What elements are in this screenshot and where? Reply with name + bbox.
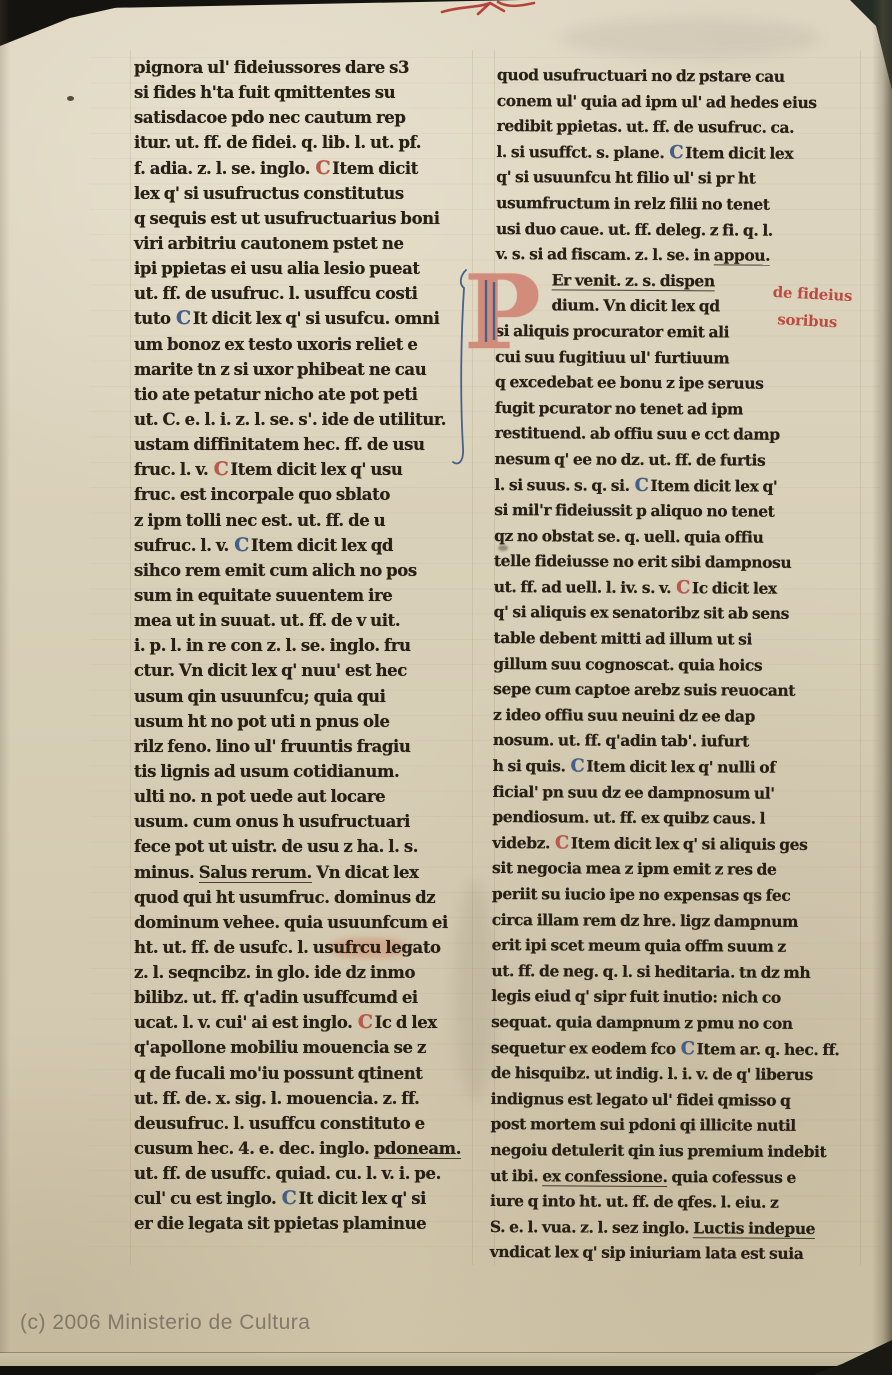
manuscript-line: nesum q' ee no dz. ut. ff. de furtis bbox=[494, 446, 864, 474]
manuscript-line: f. adia. z. l. se. inglo. CItem dicit bbox=[134, 156, 479, 181]
red-pilcrow: C bbox=[554, 832, 571, 853]
manuscript-line: pignora ul' fideiussores dare s3 bbox=[134, 55, 479, 80]
manuscript-line: periit su iucio ipe no expensas qs fec bbox=[492, 881, 862, 909]
blue-pilcrow: C bbox=[281, 1187, 299, 1209]
red-pilcrow: C bbox=[314, 157, 332, 179]
blue-pen-flourish bbox=[450, 266, 510, 501]
manuscript-line: deusufruc. l. usuffcu constituto e bbox=[134, 1111, 479, 1136]
manuscript-line: qz no obstat se. q. uell. quia offiu bbox=[494, 523, 864, 551]
manuscript-line: q' si aliquis ex senatoribz sit ab sens bbox=[494, 599, 864, 627]
manuscript-line: q excedebat ee bonu z ipe seruus bbox=[495, 369, 865, 397]
manuscript-line: mea ut in suuat. ut. ff. de v uit. bbox=[134, 608, 479, 633]
manuscript-line: tio ate petatur nicho ate pot peti bbox=[134, 382, 479, 407]
right-text-column: quod usufructuari no dz pstare cauconem … bbox=[490, 62, 867, 1267]
manuscript-line: sit negocia mea z ipm emit z res de bbox=[492, 855, 862, 883]
manuscript-line: q'apollone mobiliu mouencia se z bbox=[134, 1035, 479, 1060]
manuscript-line: redibit ppietas. ut. ff. de usufruc. ca. bbox=[497, 113, 867, 141]
blue-pilcrow: C bbox=[175, 307, 193, 329]
manuscript-line: bilibz. ut. ff. q'adin usuffcumd ei bbox=[134, 985, 479, 1010]
manuscript-line: telle fideiusse no erit sibi dampnosu bbox=[494, 548, 864, 576]
manuscript-line: z ipm tolli nec est. ut. ff. de u bbox=[134, 508, 479, 533]
manuscript-line: ficial' pn suu dz ee dampnosum ul' bbox=[492, 779, 862, 807]
manuscript-line: sum in equitate suuentem ire bbox=[134, 583, 479, 608]
manuscript-line: v. s. si ad fiscam. z. l. se. in appou. bbox=[496, 241, 866, 269]
manuscript-line: legis eiud q' sipr fuit inutio: nich co bbox=[491, 983, 861, 1011]
manuscript-line: ut. ff. de usufruc. l. usuffcu costi bbox=[134, 281, 479, 306]
manuscript-line: ut. ff. de. x. sig. l. mouencia. z. ff. bbox=[134, 1086, 479, 1111]
manuscript-line: lex q' si usufructus constitutus bbox=[134, 181, 479, 206]
manuscript-line: er die legata sit ppietas plaminue bbox=[134, 1211, 479, 1236]
manuscript-line: usum. cum onus h usufructuari bbox=[134, 809, 479, 834]
manuscript-line: sepe cum captoe arebz suis reuocant bbox=[493, 676, 863, 704]
manuscript-line: fruc. est incorpale quo sblato bbox=[134, 482, 479, 507]
manuscript-line: erit ipi scet meum quia offm suum z bbox=[492, 932, 862, 960]
manuscript-line: tuto CIt dicit lex q' si usufcu. omni bbox=[134, 306, 479, 331]
manuscript-line: pendiosum. ut. ff. ex quibz caus. l bbox=[492, 804, 862, 832]
manuscript-line: sufruc. l. v. CItem dicit lex qd bbox=[134, 533, 479, 558]
manuscript-line: usum ht no pot uti n pnus ole bbox=[134, 709, 479, 734]
manuscript-line: quod usufructuari no dz pstare cau bbox=[497, 62, 867, 90]
manuscript-line: viri arbitriu cautonem pstet ne bbox=[134, 231, 479, 256]
manuscript-line: tis lignis ad usum cotidianum. bbox=[134, 759, 479, 784]
manuscript-line: satisdacoe pdo nec cautum rep bbox=[134, 105, 479, 130]
manuscript-line: q de fucali mo'iu possunt qtinent bbox=[134, 1061, 479, 1086]
rubric-margin-note: de fideius soribus bbox=[771, 279, 853, 337]
manuscript-line: z. l. seqncibz. in glo. ide dz inmo bbox=[134, 960, 479, 985]
manuscript-line: sihco rem emit cum alich no pos bbox=[134, 558, 479, 583]
left-text-column: pignora ul' fideiussores dare s3si fides… bbox=[134, 55, 479, 1237]
manuscript-line: dominum vehee. quia usuunfcum ei bbox=[134, 910, 479, 935]
manuscript-line: q' si usuunfcu ht filio ul' si pr ht bbox=[496, 164, 866, 192]
manuscript-line: quod qui ht usumfruc. dominus dz bbox=[134, 885, 479, 910]
manuscript-line: cui suu fugitiuu ul' furtiuum bbox=[495, 344, 865, 372]
manuscript-line: si mil'r fideiussit p aliquo no tenet bbox=[494, 497, 864, 525]
manuscript-line: de hisquibz. ut indig. l. i. v. de q' li… bbox=[491, 1060, 861, 1088]
ink-fleck bbox=[67, 96, 74, 101]
manuscript-line: conem ul' quia ad ipm ul' ad hedes eius bbox=[497, 88, 867, 116]
manuscript-line: post mortem sui pdoni qi illicite nutil bbox=[490, 1111, 860, 1139]
red-pilcrow: C bbox=[213, 458, 231, 480]
manuscript-line: l. si usuffct. s. plane. CItem dicit lex bbox=[496, 139, 866, 167]
manuscript-line: fugit pcurator no tenet ad ipm bbox=[495, 395, 865, 423]
manuscript-line: sequetur ex eodem fco CItem ar. q. hec. … bbox=[491, 1035, 861, 1063]
blue-pilcrow: C bbox=[634, 474, 651, 495]
blue-pilcrow: C bbox=[569, 755, 586, 776]
manuscript-line: ut ibi. ex confessione. quia cofessus e bbox=[490, 1163, 860, 1191]
manuscript-line: vndicat lex q' sip iniuriam lata est sui… bbox=[490, 1239, 860, 1267]
manuscript-line: minus. Salus rerum. Vn dicat lex bbox=[134, 860, 479, 885]
manuscript-line: sequat. quia dampnum z pmu no con bbox=[491, 1009, 861, 1037]
manuscript-line: usumfructum in relz filii no tenet bbox=[496, 190, 866, 218]
red-pilcrow: C bbox=[357, 1011, 375, 1033]
manuscript-line: ut. ff. ad uell. l. iv. s. v. CIc dicit … bbox=[494, 574, 864, 602]
manuscript-line: ut. ff. de neg. q. l. si heditaria. tn d… bbox=[491, 958, 861, 986]
manuscript-line: videbz. CItem dicit lex q' si aliquis ge… bbox=[492, 830, 862, 858]
rubric-line: soribus bbox=[771, 306, 852, 337]
manuscript-line: usum qin usuunfcu; quia qui bbox=[134, 684, 479, 709]
blue-pilcrow: C bbox=[668, 142, 685, 163]
red-pilcrow: C bbox=[675, 577, 692, 598]
manuscript-line: cul' cu est inglo. CIt dicit lex q' si bbox=[134, 1186, 479, 1211]
parchment-stain bbox=[560, 18, 820, 58]
manuscript-line: h si quis. CItem dicit lex q' nulli of bbox=[493, 753, 863, 781]
manuscript-line: ut. C. e. l. i. z. l. se. s'. ide de uti… bbox=[134, 407, 479, 432]
manuscript-line: nosum. ut. ff. q'adin tab'. iufurt bbox=[493, 727, 863, 755]
page-edge-bottom bbox=[0, 1366, 892, 1375]
manuscript-line: si fides h'ta fuit qmittentes su bbox=[134, 80, 479, 105]
manuscript-line: fece pot ut uistr. de usu z ha. l. s. bbox=[134, 834, 479, 859]
manuscript-line: ustam diffinitatem hec. ff. de usu bbox=[134, 432, 479, 457]
manuscript-line: gillum suu cognoscat. quia hoics bbox=[493, 651, 863, 679]
manuscript-line: l. si suus. s. q. si. CItem dicit lex q' bbox=[494, 471, 864, 499]
underlying-page-edge bbox=[0, 1353, 892, 1367]
manuscript-line: ulti no. n pot uede aut locare bbox=[134, 784, 479, 809]
manuscript-line: ipi ppietas ei usu alia lesio pueat bbox=[134, 256, 479, 281]
blue-pilcrow: C bbox=[680, 1038, 697, 1059]
manuscript-line: i. p. l. in re con z. l. se. inglo. fru bbox=[134, 633, 479, 658]
manuscript-line: ht. ut. ff. de usufc. l. usufrcu legato bbox=[134, 935, 479, 960]
manuscript-line: negoiu detulerit qin ius premium indebit bbox=[490, 1137, 860, 1165]
manuscript-line: indignus est legato ul' fidei qmisso q bbox=[491, 1086, 861, 1114]
manuscript-line: ut. ff. de usuffc. quiad. cu. l. v. i. p… bbox=[134, 1161, 479, 1186]
manuscript-line: iure q into ht. ut. ff. de qfes. l. eiu.… bbox=[490, 1188, 860, 1216]
manuscript-line: um bonoz ex testo uxoris reliet e bbox=[134, 332, 479, 357]
blue-pilcrow: C bbox=[233, 534, 251, 556]
manuscript-line: rilz feno. lino ul' fruuntis fragiu bbox=[134, 734, 479, 759]
vertical-ruling bbox=[130, 50, 131, 1265]
manuscript-line: itur. ut. ff. de fidei. q. lib. l. ut. p… bbox=[134, 130, 479, 155]
red-scribble-mark bbox=[438, 0, 538, 20]
manuscript-line: z ideo offiu suu neuini dz ee dap bbox=[493, 702, 863, 730]
manuscript-line: marite tn z si uxor phibeat ne cau bbox=[134, 357, 479, 382]
manuscript-line: cusum hec. 4. e. dec. inglo. pdoneam. bbox=[134, 1136, 479, 1161]
page-edge-right bbox=[872, 0, 892, 1375]
rubric-line: de fideius bbox=[772, 279, 853, 310]
manuscript-line: restituend. ab offiu suu e cct damp bbox=[495, 420, 865, 448]
manuscript-line: usi duo caue. ut. ff. deleg. z fi. q. l. bbox=[496, 216, 866, 244]
manuscript-line: table debent mitti ad illum ut si bbox=[493, 625, 863, 653]
manuscript-line: S. e. l. vua. z. l. sez inglo. Luctis in… bbox=[490, 1214, 860, 1242]
copyright-watermark: (c) 2006 Ministerio de Cultura bbox=[20, 1311, 310, 1335]
manuscript-line: q sequis est ut usufructuarius boni bbox=[134, 206, 479, 231]
manuscript-line: circa illam rem dz hre. ligz dampnum bbox=[492, 907, 862, 935]
manuscript-line: ctur. Vn dicit lex q' nuu' est hec bbox=[134, 658, 479, 683]
manuscript-line: ucat. l. v. cui' ai est inglo. CIc d lex bbox=[134, 1010, 479, 1035]
manuscript-page-scan: pignora ul' fideiussores dare s3si fides… bbox=[0, 0, 892, 1375]
page-edge-left bbox=[0, 0, 10, 1375]
manuscript-line: fruc. l. v. CItem dicit lex q' usu bbox=[134, 457, 479, 482]
